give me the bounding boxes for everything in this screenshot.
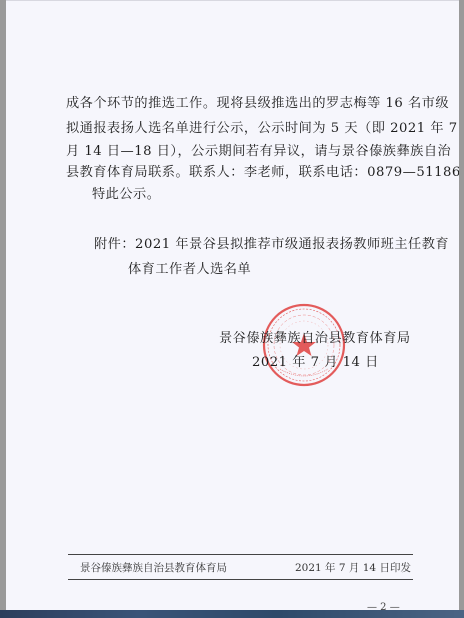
body-line-3: 月 14 日—18 日），公示期间若有异议，请与景谷傣族彝族自治 (66, 140, 451, 159)
footer-top-rule (68, 554, 413, 555)
footer-issuer: 景谷傣族彝族自治县教育体育局 (80, 560, 227, 575)
body-line-1: 成各个环节的推选工作。现将县级推选出的罗志梅等 16 名市级 (66, 92, 449, 111)
attachment-line-1: 附件：2021 年景谷县拟推荐市级通报表扬教师班主任教育 (94, 233, 449, 252)
document-page: 成各个环节的推选工作。现将县级推选出的罗志梅等 16 名市级 拟通报表扬人选名单… (6, 0, 459, 611)
signature-org: 景谷傣族彝族自治县教育体育局 (219, 327, 411, 346)
footer-issue-date: 2021 年 7 月 14 日印发 (295, 560, 411, 575)
body-line-2: 拟通报表扬人选名单进行公示，公示时间为 5 天（即 2021 年 7 (66, 117, 458, 136)
closing-text: 特此公示。 (92, 183, 160, 202)
footer-bottom-rule (68, 579, 413, 580)
signature-date: 2021 年 7 月 14 日 (252, 351, 379, 370)
body-line-4: 县教育体育局联系。联系人：李老师，联系电话：0879—5118662。 (66, 161, 459, 180)
viewer-bottom-bar (0, 610, 464, 618)
attachment-line-2: 体育工作者人选名单 (128, 258, 251, 277)
